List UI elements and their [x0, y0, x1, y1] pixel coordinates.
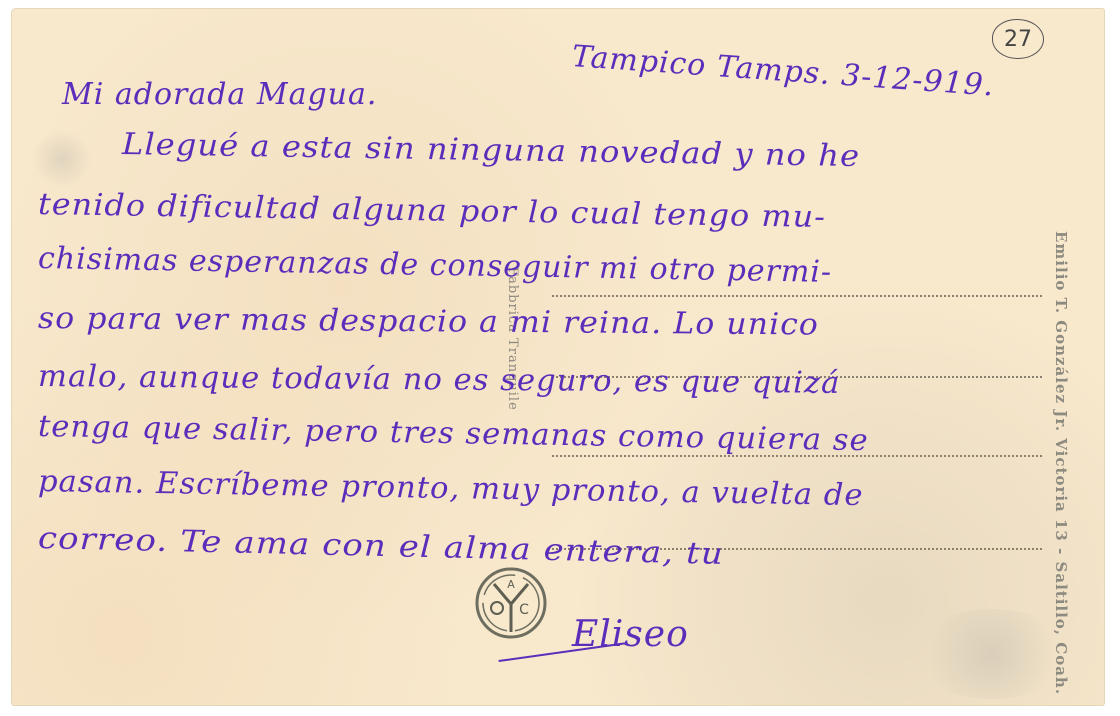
- postcard-back: Fabbrica Tranquile Emilio T. González Jr…: [12, 9, 1104, 705]
- archive-number: 27: [992, 19, 1044, 59]
- body-line-4: so para ver mas despacio a mi reina. Lo …: [38, 301, 819, 342]
- body-line-8: correo. Te ama con el alma entera, tu: [37, 521, 724, 572]
- paper-stain: [32, 129, 92, 189]
- body-line-5: malo, aunque todavía no es seguro, es qu…: [38, 359, 841, 401]
- svg-text:A: A: [507, 578, 515, 591]
- publisher-logo-icon: A C: [474, 566, 548, 640]
- body-line-2: tenido dificultad alguna por lo cual ten…: [38, 187, 827, 235]
- svg-text:C: C: [519, 602, 529, 618]
- body-line-3: chisimas esperanzas de conseguir mi otro…: [38, 241, 833, 290]
- body-line-7: pasan. Escríbeme pronto, muy pronto, a v…: [38, 464, 864, 513]
- body-line-6: tenga que salir, pero tres semanas como …: [38, 409, 869, 458]
- paper-stain: [912, 609, 1072, 699]
- salutation: Mi adorada Magua.: [62, 77, 377, 112]
- body-line-1: Llegué a esta sin ninguna novedad y no h…: [122, 127, 861, 174]
- publisher-imprint-right: Emilio T. González Jr. Victoria 13 - Sal…: [1052, 231, 1070, 695]
- address-line-1: [552, 295, 1042, 297]
- place-date: Tampico Tamps. 3-12-919.: [571, 39, 996, 103]
